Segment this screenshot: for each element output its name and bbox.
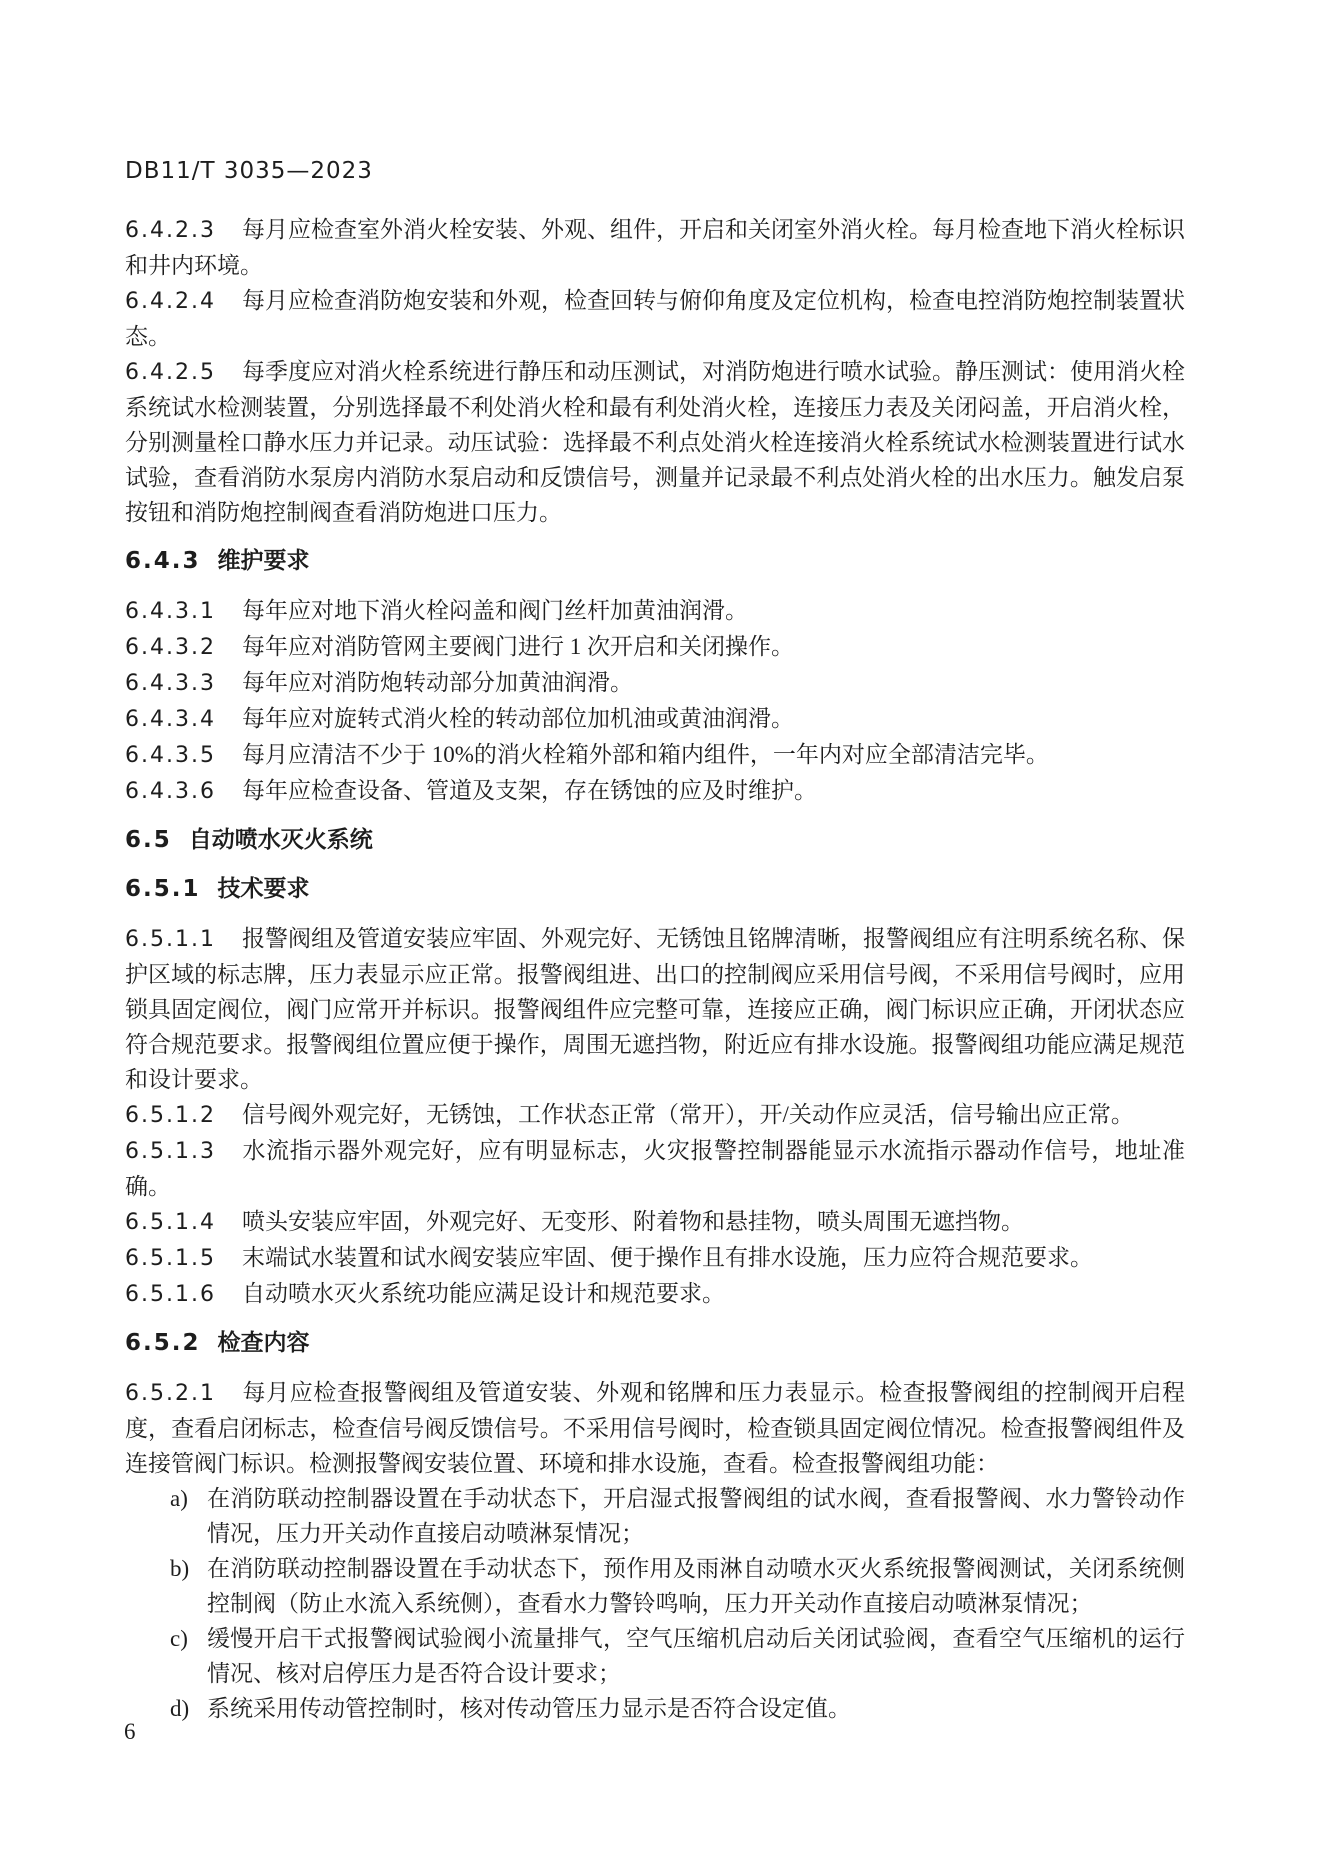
- heading-number: 6.5: [125, 827, 172, 853]
- document-page: DB11/T 3035—2023 6.4.2.3每月应检查室外消火栓安装、外观、…: [0, 0, 1322, 1871]
- block-text: 每年应对消防管网主要阀门进行 1 次开启和关闭操作。: [242, 634, 794, 659]
- page-number: 6: [124, 1714, 136, 1749]
- clause-number: 6.4.3.1: [125, 599, 216, 624]
- block-text: 末端试水装置和试水阀安装应牢固、便于操作且有排水设施，压力应符合规范要求。: [242, 1245, 1093, 1270]
- clause-number: 6.4.3.5: [125, 743, 216, 768]
- list-item-marker: d): [170, 1691, 189, 1726]
- section-heading-6.5.1: 6.5.1技术要求: [125, 872, 1185, 907]
- clause-6.5.1.3: 6.5.1.3水流指示器外观完好，应有明显标志，火灾报警控制器能显示水流指示器动…: [125, 1133, 1185, 1204]
- clause-number: 6.4.2.4: [125, 289, 216, 314]
- block-text: 每月应检查报警阀组及管道安装、外观和铭牌和压力表显示。检查报警阀组的控制阀开启程…: [125, 1380, 1185, 1476]
- clause-6.4.3.5: 6.4.3.5每月应清洁不少于 10%的消火栓箱外部和箱内组件，一年内对应全部清…: [125, 737, 1185, 773]
- block-text: 信号阀外观完好，无锈蚀，工作状态正常（常开），开/关动作应灵活，信号输出应正常。: [242, 1102, 1134, 1127]
- list-item-a: a)在消防联动控制器设置在手动状态下，开启湿式报警阀组的试水阀，查看报警阀、水力…: [207, 1481, 1185, 1551]
- heading-number: 6.4.3: [125, 548, 201, 574]
- section-heading-6.4.3: 6.4.3维护要求: [125, 544, 1185, 579]
- block-text: 系统采用传动管控制时，核对传动管压力显示是否符合设定值。: [207, 1696, 851, 1721]
- section-heading-6.5.2: 6.5.2检查内容: [125, 1326, 1185, 1361]
- clause-number: 6.5.1.6: [125, 1282, 216, 1307]
- block-text: 每月应清洁不少于 10%的消火栓箱外部和箱内组件，一年内对应全部清洁完毕。: [242, 742, 1049, 767]
- list-item-marker: a): [170, 1481, 188, 1516]
- block-text: 每年应对地下消火栓闷盖和阀门丝杆加黄油润滑。: [242, 598, 748, 623]
- clause-6.5.1.5: 6.5.1.5末端试水装置和试水阀安装应牢固、便于操作且有排水设施，压力应符合规…: [125, 1240, 1185, 1276]
- standard-code-header: DB11/T 3035—2023: [125, 158, 373, 184]
- block-text: 每月应检查消防炮安装和外观，检查回转与俯仰角度及定位机构，检查电控消防炮控制装置…: [125, 288, 1185, 349]
- block-text: 技术要求: [218, 876, 310, 902]
- block-text: 水流指示器外观完好，应有明显标志，火灾报警控制器能显示水流指示器动作信号，地址准…: [125, 1138, 1185, 1199]
- clause-number: 6.4.3.2: [125, 635, 216, 660]
- section-heading-6.5: 6.5自动喷水灭火系统: [125, 823, 1185, 858]
- block-text: 自动喷水灭火系统: [189, 827, 373, 853]
- clause-6.5.2.1: 6.5.2.1每月应检查报警阀组及管道安装、外观和铭牌和压力表显示。检查报警阀组…: [125, 1375, 1185, 1481]
- list-item-marker: c): [170, 1621, 188, 1656]
- list-item-c: c)缓慢开启干式报警阀试验阀小流量排气，空气压缩机启动后关闭试验阀，查看空气压缩…: [207, 1621, 1185, 1691]
- list-item-marker: b): [170, 1551, 189, 1586]
- clause-number: 6.5.1.3: [125, 1139, 216, 1164]
- block-text: 喷头安装应牢固，外观完好、无变形、附着物和悬挂物，喷头周围无遮挡物。: [242, 1209, 1024, 1234]
- block-text: 缓慢开启干式报警阀试验阀小流量排气，空气压缩机启动后关闭试验阀，查看空气压缩机的…: [207, 1626, 1185, 1686]
- clause-number: 6.4.3.4: [125, 707, 216, 732]
- document-body: 6.4.2.3每月应检查室外消火栓安装、外观、组件，开启和关闭室外消火栓。每月检…: [125, 212, 1185, 1726]
- clause-number: 6.4.3.6: [125, 779, 216, 804]
- clause-number: 6.4.2.3: [125, 218, 216, 243]
- heading-number: 6.5.2: [125, 1330, 201, 1356]
- block-text: 检查内容: [218, 1330, 310, 1356]
- clause-number: 6.5.1.1: [125, 927, 216, 952]
- block-text: 每季度应对消火栓系统进行静压和动压测试，对消防炮进行喷水试验。静压测试：使用消火…: [125, 359, 1185, 525]
- list-item-b: b)在消防联动控制器设置在手动状态下，预作用及雨淋自动喷水灭火系统报警阀测试，关…: [207, 1551, 1185, 1621]
- block-text: 每年应检查设备、管道及支架，存在锈蚀的应及时维护。: [242, 778, 817, 803]
- clause-6.5.1.1: 6.5.1.1报警阀组及管道安装应牢固、外观完好、无锈蚀且铭牌清晰，报警阀组应有…: [125, 921, 1185, 1097]
- block-text: 每年应对旋转式消火栓的转动部位加机油或黄油润滑。: [242, 706, 794, 731]
- block-text: 报警阀组及管道安装应牢固、外观完好、无锈蚀且铭牌清晰，报警阀组应有注明系统名称、…: [125, 926, 1185, 1092]
- clause-6.4.2.4: 6.4.2.4每月应检查消防炮安装和外观，检查回转与俯仰角度及定位机构，检查电控…: [125, 283, 1185, 354]
- block-text: 在消防联动控制器设置在手动状态下，开启湿式报警阀组的试水阀，查看报警阀、水力警铃…: [207, 1486, 1185, 1546]
- clause-6.4.2.5: 6.4.2.5每季度应对消火栓系统进行静压和动压测试，对消防炮进行喷水试验。静压…: [125, 354, 1185, 530]
- clause-number: 6.4.2.5: [125, 360, 216, 385]
- clause-number: 6.5.1.2: [125, 1103, 216, 1128]
- clause-6.4.3.2: 6.4.3.2每年应对消防管网主要阀门进行 1 次开启和关闭操作。: [125, 629, 1185, 665]
- clause-6.4.2.3: 6.4.2.3每月应检查室外消火栓安装、外观、组件，开启和关闭室外消火栓。每月检…: [125, 212, 1185, 283]
- clause-6.5.1.4: 6.5.1.4喷头安装应牢固，外观完好、无变形、附着物和悬挂物，喷头周围无遮挡物…: [125, 1204, 1185, 1240]
- block-text: 每年应对消防炮转动部分加黄油润滑。: [242, 670, 633, 695]
- clause-number: 6.5.1.5: [125, 1246, 216, 1271]
- clause-number: 6.5.2.1: [125, 1381, 216, 1406]
- block-text: 维护要求: [218, 548, 310, 574]
- heading-number: 6.5.1: [125, 876, 201, 902]
- clause-6.4.3.4: 6.4.3.4每年应对旋转式消火栓的转动部位加机油或黄油润滑。: [125, 701, 1185, 737]
- list-item-d: d)系统采用传动管控制时，核对传动管压力显示是否符合设定值。: [207, 1691, 1185, 1726]
- clause-number: 6.4.3.3: [125, 671, 216, 696]
- clause-6.4.3.1: 6.4.3.1每年应对地下消火栓闷盖和阀门丝杆加黄油润滑。: [125, 593, 1185, 629]
- block-text: 每月应检查室外消火栓安装、外观、组件，开启和关闭室外消火栓。每月检查地下消火栓标…: [125, 217, 1185, 278]
- clause-6.4.3.6: 6.4.3.6每年应检查设备、管道及支架，存在锈蚀的应及时维护。: [125, 773, 1185, 809]
- clause-6.5.1.2: 6.5.1.2信号阀外观完好，无锈蚀，工作状态正常（常开），开/关动作应灵活，信…: [125, 1097, 1185, 1133]
- clause-6.5.1.6: 6.5.1.6自动喷水灭火系统功能应满足设计和规范要求。: [125, 1276, 1185, 1312]
- clause-number: 6.5.1.4: [125, 1210, 216, 1235]
- clause-6.4.3.3: 6.4.3.3每年应对消防炮转动部分加黄油润滑。: [125, 665, 1185, 701]
- block-text: 在消防联动控制器设置在手动状态下，预作用及雨淋自动喷水灭火系统报警阀测试，关闭系…: [207, 1556, 1185, 1616]
- block-text: 自动喷水灭火系统功能应满足设计和规范要求。: [242, 1281, 725, 1306]
